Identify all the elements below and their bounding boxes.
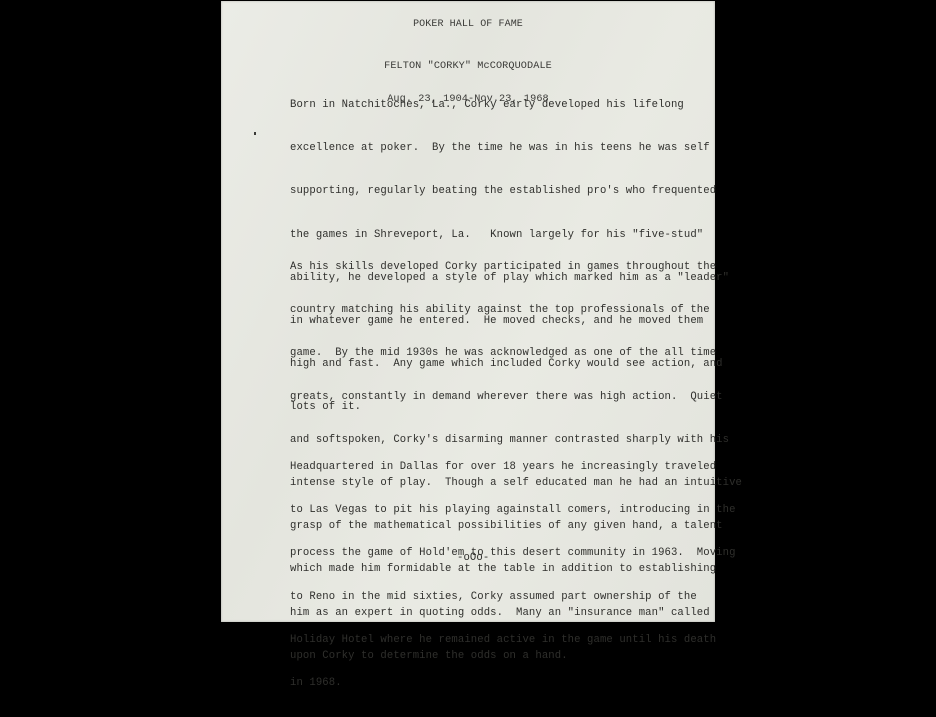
paragraph-3: Headquartered in Dallas for over 18 year…: [290, 434, 736, 624]
text-line: game. By the mid 1930s he was acknowledg…: [290, 344, 742, 363]
text-line: Headquartered in Dallas for over 18 year…: [290, 458, 736, 477]
subject-name: FELTON "CORKY" McCORQUODALE: [221, 61, 715, 72]
text-line: excellence at poker. By the time he was …: [290, 139, 729, 158]
text-line: to Reno in the mid sixties, Corky assume…: [290, 588, 736, 607]
text-line: Born in Natchitoches, La., Corky early d…: [290, 96, 729, 115]
text-line: greats, constantly in demand wherever th…: [290, 388, 742, 407]
paper-speck: [254, 132, 256, 135]
text-line: country matching his ability against the…: [290, 301, 742, 320]
text-line: to Las Vegas to pit his playing againsta…: [290, 501, 736, 520]
text-line: supporting, regularly beating the establ…: [290, 182, 729, 201]
document-title: POKER HALL OF FAME: [221, 19, 715, 30]
text-line: process the game of Hold'em to this dese…: [290, 544, 736, 563]
end-mark: -oOo-: [457, 552, 489, 564]
text-line: As his skills developed Corky participat…: [290, 258, 742, 277]
document-page: POKER HALL OF FAME FELTON "CORKY" McCORQ…: [221, 1, 715, 622]
